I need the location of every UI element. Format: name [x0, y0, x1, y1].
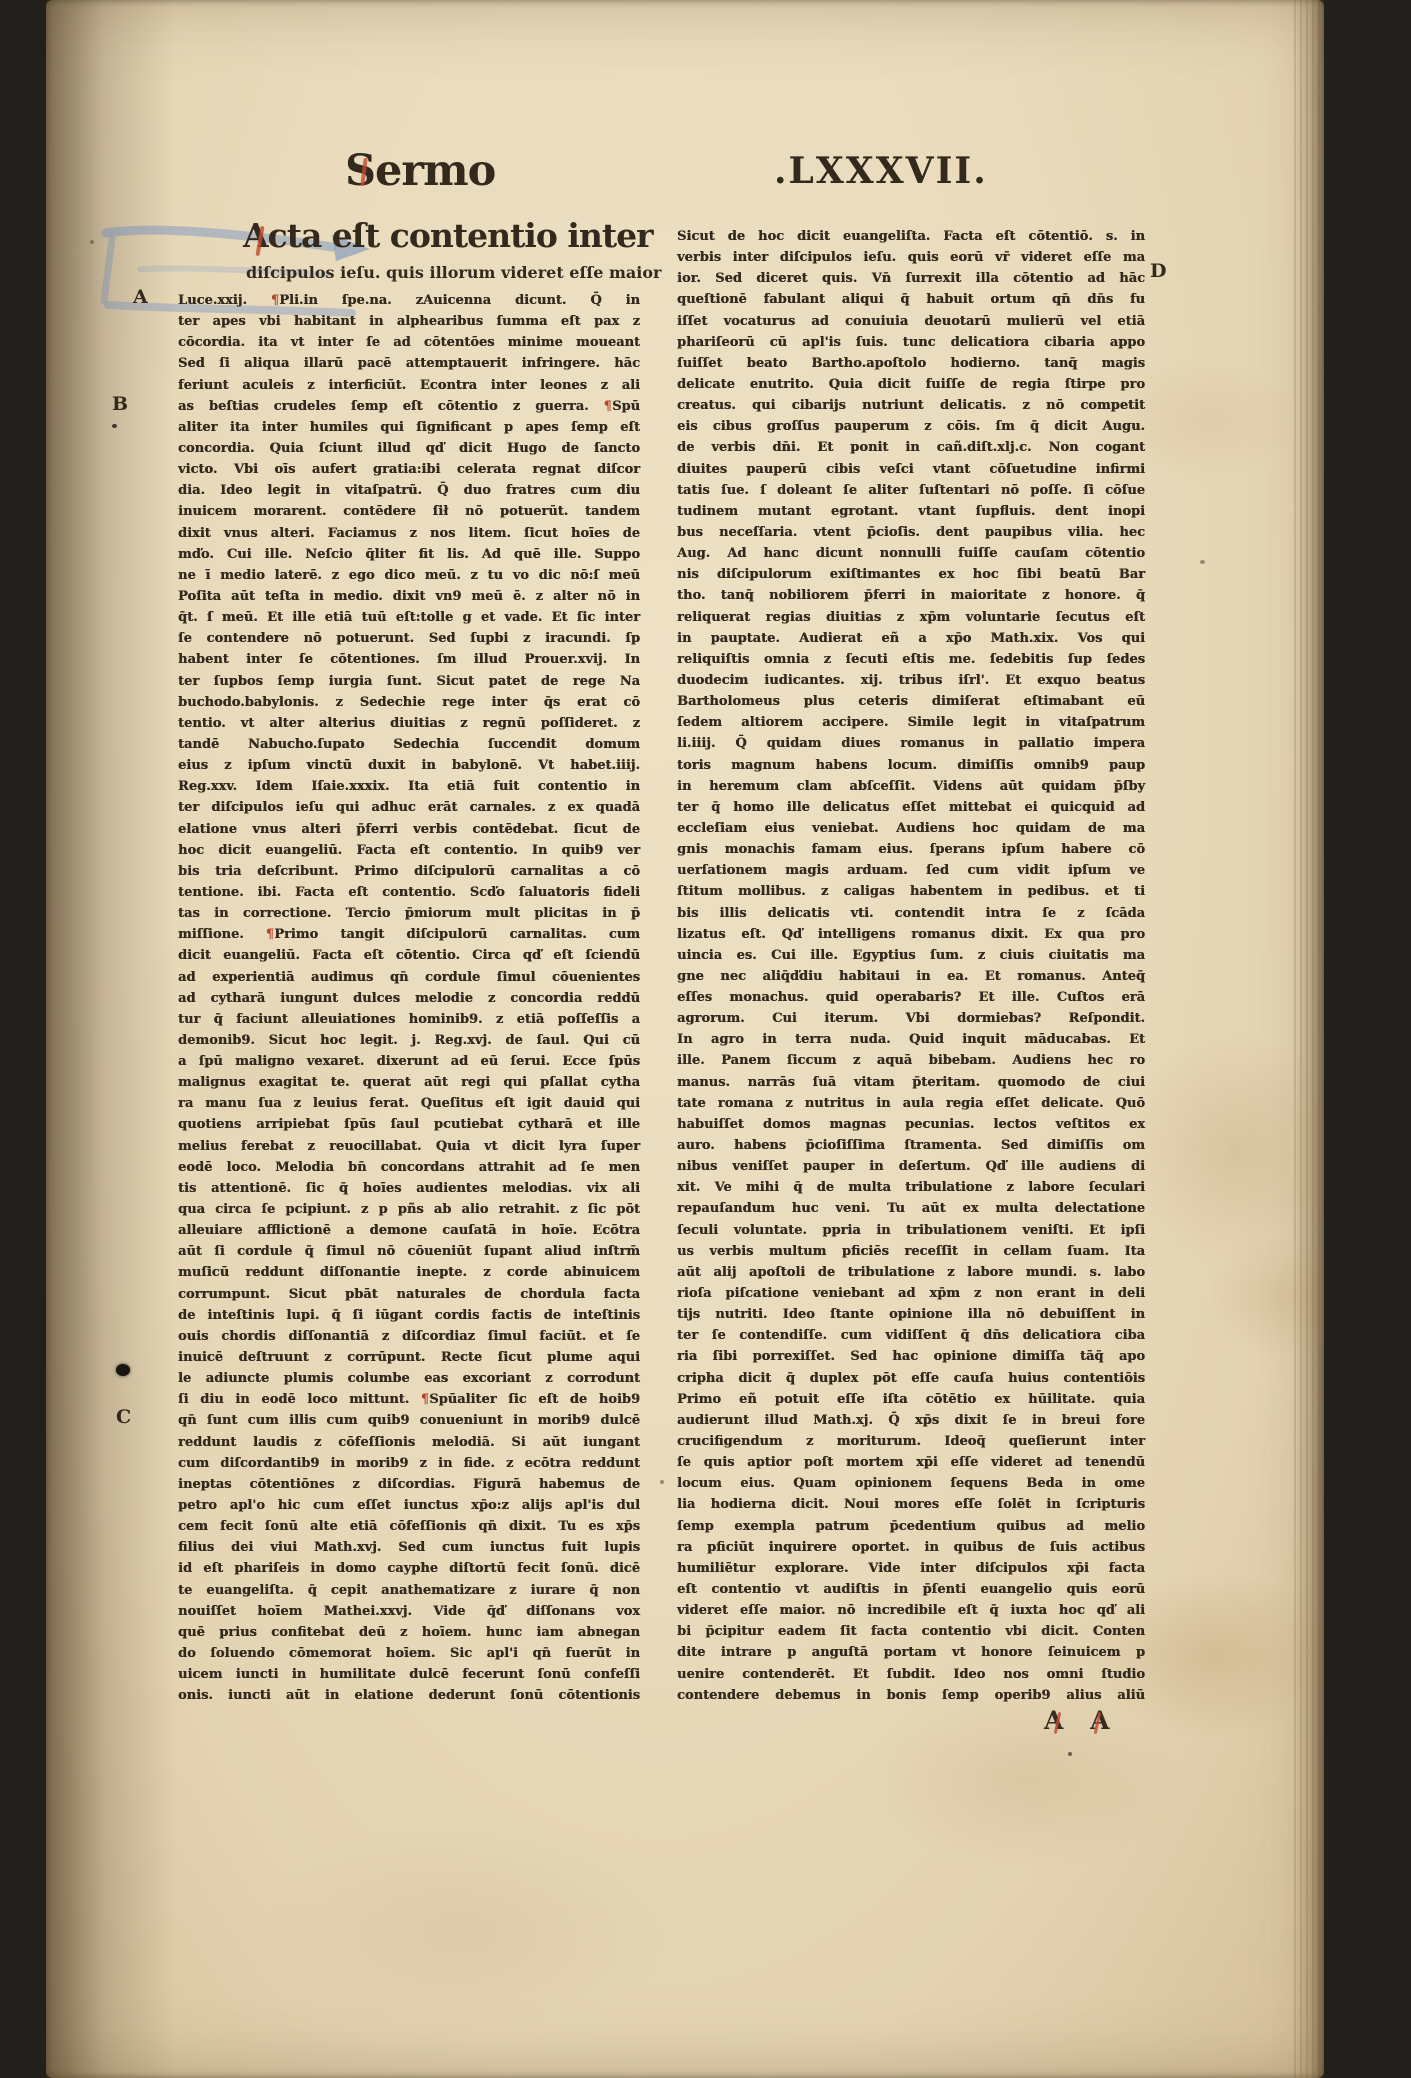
text-line: duodecim iudicantes. xij. tribus iſrl'. …	[677, 670, 1145, 691]
text-line: concordia. Quia ſciunt illud qď dicit Hu…	[178, 438, 640, 459]
text-line: lia hodierna dicit. Noui mores eſſe ſolē…	[677, 1494, 1145, 1515]
text-line: Bartholomeus plus ceteris dimiſerat eſti…	[677, 691, 1145, 712]
text-line: ior. Sed diceret quis. Vn̄ ſurrexit illa…	[677, 268, 1145, 289]
text-line: tijs nutriti. Ideo ſtante opinione illa …	[677, 1304, 1145, 1325]
wormhole-spot	[1068, 1752, 1072, 1756]
text-line: onis. iuncti aūt in elatione dederunt ſo…	[178, 1685, 640, 1706]
text-line: eodē loco. Melodia bn̄ concordans attrah…	[178, 1157, 640, 1178]
text-line: ſi diu in eodē loco mittunt. ¶Spūaliter …	[178, 1389, 640, 1410]
text-line: Primo eñ potuit eſſe iſta cōtētio ex hūi…	[677, 1389, 1145, 1410]
text-line: q̄t. ſ meū. Et ille etiā tuū eſt:tolle g…	[178, 607, 640, 628]
text-line: buchodo.babylonis. z Sedechie rege inter…	[178, 692, 640, 713]
text-line: cum diſcordantib9 in morib9 z in fide. z…	[178, 1453, 640, 1474]
right-text-column: Sicut de hoc dicit euangeliſta. Facta eſ…	[677, 226, 1145, 1706]
text-line: videret eſſe maior. nō incredibile eſt q…	[677, 1600, 1145, 1621]
text-line: bis tria deſcribunt. Primo diſcipulorū c…	[178, 861, 640, 882]
text-line: iſſet vocaturus ad conuiuia deuotarū mul…	[677, 311, 1145, 332]
text-line: contendere debemus in bonis ſemp operib9…	[677, 1685, 1145, 1706]
speck	[90, 240, 94, 244]
wormhole-spot	[116, 1364, 130, 1376]
text-line: do ſoluendo cōmemorat hoīem. Sic apl'i q…	[178, 1643, 640, 1664]
text-line: Sicut de hoc dicit euangeliſta. Facta eſ…	[677, 226, 1145, 247]
text-line: in heremum clam abſceſſit. Videns aūt qu…	[677, 776, 1145, 797]
text-line: li.iiij. Q̄ quidam diues romanus in pall…	[677, 733, 1145, 754]
text-line: eſt contentio vt audiſtis in p̄ſenti eua…	[677, 1579, 1145, 1600]
text-line: melius ferebat z reuocillabat. Quia vt d…	[178, 1136, 640, 1157]
text-line: tis attentionē. ſic q̄ hoīes audientes m…	[178, 1178, 640, 1199]
text-line: humiliētur explorare. Vide inter diſcipu…	[677, 1558, 1145, 1579]
text-line: ria ſibi porrexiſſet. Sed hac opinione d…	[677, 1346, 1145, 1367]
text-line: le adiuncte plumis columbe eas excoriant…	[178, 1368, 640, 1389]
sermon-subtitle: diſcipulos ieſu. quis illorum videret eſ…	[246, 263, 661, 282]
text-line: habuiſſet domos magnas pecunias. lectos …	[677, 1114, 1145, 1135]
margin-letter-a: A	[133, 286, 148, 308]
text-line: a ſpū maligno vexaret. dixerunt ad eū ſe…	[178, 1051, 640, 1072]
text-line: uicem iuncti in humilitate dulcē fecerun…	[178, 1664, 640, 1685]
text-line: ſemp exempla patrum p̄cedentium quibus a…	[677, 1516, 1145, 1537]
text-line: Sed ſi aliqua illarū pacē attemptauerit …	[178, 353, 640, 374]
text-line: uenire contenderēt. Et ſubdit. Ideo nos …	[677, 1664, 1145, 1685]
text-line: xit. Ve mihi q̄ de multa tribulatione z …	[677, 1177, 1145, 1198]
text-line: feriunt aculeis z interficiūt. Econtra i…	[178, 375, 640, 396]
text-line: in pauptate. Audierat eñ a xp̄o Math.xix…	[677, 628, 1145, 649]
text-line: ſeculi voluntate. ppria in tribulationem…	[677, 1220, 1145, 1241]
text-line: miſſione. ¶Primo tangit diſcipulorū carn…	[178, 924, 640, 945]
text-line: te euangeliſta. q̄ cepit anathematizare …	[178, 1580, 640, 1601]
text-line: ſe contendere nō potuerunt. Sed ſupbi z …	[178, 628, 640, 649]
text-line: uincia es. Cui ille. Egyptius ſum. z ciu…	[677, 945, 1145, 966]
text-line: nibus veniſſet pauper in deſertum. Qď il…	[677, 1156, 1145, 1177]
text-line: eſſes monachus. quid operabaris? Et ille…	[677, 987, 1145, 1008]
text-line: eis cibus groſſus pauperum z cōis. ſm q̄…	[677, 416, 1145, 437]
text-line: creatus. qui cibarijs nutriunt delicatis…	[677, 395, 1145, 416]
text-line: nis diſcipulorum exiſtimantes ex hoc ſib…	[677, 564, 1145, 585]
text-line: ter apes vbi habitant in alphearibus ſum…	[178, 311, 640, 332]
text-line: dia. Ideo legit in vitaſpatrū. Q̄ duo fr…	[178, 480, 640, 501]
text-line: quē prius confitebat deū z hoīem. hunc i…	[178, 1622, 640, 1643]
text-line: us verbis multum pficiēs receſſit in cel…	[677, 1241, 1145, 1262]
running-header: Sermo	[345, 146, 495, 196]
text-line: aūt ſi cordule q̄ ſimul nō cōueniūt ſupa…	[178, 1241, 640, 1262]
text-line: bus neceſſaria. vtent p̄cioſis. dent pau…	[677, 522, 1145, 543]
text-line: dixit vnus alteri. Faciamus z nos litem.…	[178, 523, 640, 544]
text-line: corrumpunt. Sicut pbāt naturales de chor…	[178, 1284, 640, 1305]
text-line: qua circa ſe pcipiunt. z p pñs ab alio r…	[178, 1199, 640, 1220]
text-line: ſuiſſet beato Bartho.apoſtolo hodierno. …	[677, 353, 1145, 374]
wormhole-spot	[112, 424, 117, 428]
text-line: alleuiare afflictionē a demone cauſatā i…	[178, 1220, 640, 1241]
speck	[1200, 560, 1205, 564]
text-line: ſtitum mollibus. z caligas habentem in p…	[677, 881, 1145, 902]
text-line: eccleſiam eius veniebat. Audiens hoc qui…	[677, 818, 1145, 839]
fore-edge-pages	[1294, 0, 1324, 2078]
text-line: dicit euangeliū. Facta eſt cōtentio. Cir…	[178, 945, 640, 966]
text-line: tas in correctione. Tercio p̄miorum mult…	[178, 903, 640, 924]
text-line: reddunt laudis z cōfeſſionis melodiā. Si…	[178, 1432, 640, 1453]
margin-letter-c: C	[116, 1406, 131, 1428]
text-line: qn̄ ſunt cum illis cum quib9 conueniunt …	[178, 1410, 640, 1431]
text-line: ouis chordis diſſonantiā z diſcordiaz ſi…	[178, 1326, 640, 1347]
text-line: ter ſupbos ſemp iurgia ſunt. Sicut patet…	[178, 671, 640, 692]
text-line: locum eius. Quam opinionem ſequens Beda …	[677, 1473, 1145, 1494]
text-line: ter q̄ homo ille delicatus eſſet mitteba…	[677, 797, 1145, 818]
text-line: tudinem mutant egrotant. vtant ſupfluis.…	[677, 501, 1145, 522]
text-line: ra manu ſua z leuius ferat. Queſitus eſt…	[178, 1093, 640, 1114]
text-line: hoc dicit euangeliū. Facta eſt contentio…	[178, 840, 640, 861]
text-line: auro. habens p̄cioſiſſima ſtramenta. Sed…	[677, 1135, 1145, 1156]
text-line: queſtionē fabulant aliqui q̄ habuit ortu…	[677, 289, 1145, 310]
text-line: de inteſtinis lupi. q̄ ſi iūgant cordis …	[178, 1305, 640, 1326]
text-line: mďo. Cui ille. Neſcio q̄liter fit lis. A…	[178, 544, 640, 565]
text-line: ne ī medio laterē. z ego dico meū. z tu …	[178, 565, 640, 586]
text-line: tatis ſue. ſ doleant ſe aliter ſuſtentar…	[677, 480, 1145, 501]
text-line: tur q̄ faciunt alleuiationes hominib9. z…	[178, 1009, 640, 1030]
text-line: rioſa piſcatione veniebant ad xp̄m z non…	[677, 1283, 1145, 1304]
text-line: malignus exagitat te. querat aūt regi qu…	[178, 1072, 640, 1093]
text-line: ille. Panem ſiccum z aquā bibebam. Audie…	[677, 1050, 1145, 1071]
text-line: Luce.xxij. ¶Pli.in ſpe.na. zAuicenna dic…	[178, 290, 640, 311]
text-line: muſicū reddunt diſſonantie inepte. z cor…	[178, 1262, 640, 1283]
text-line: eius z ipſum vinctū duxit in babylonē. V…	[178, 755, 640, 776]
text-line: tate romana z nutritus in aula regia eſſ…	[677, 1093, 1145, 1114]
text-line: tentione. ibi. Facta eſt contentio. Scďo…	[178, 882, 640, 903]
text-line: repauſandum huc veni. Tu aūt ex multa de…	[677, 1198, 1145, 1219]
text-line: ad experientiā audimus qn̄ cordule ſimul…	[178, 967, 640, 988]
text-line: gne nec aliq̄ďdiu habitaui in ea. Et rom…	[677, 966, 1145, 987]
text-line: ter ſe contendiſſe. cum vidiſſent q̄ dn̄…	[677, 1325, 1145, 1346]
text-line: de verbis dn̄i. Et ponit in cañ.diſt.xlj…	[677, 437, 1145, 458]
sermon-title: Acta eſt contentio inter	[243, 216, 653, 255]
text-line: toris magnum habens locum. dimiſſis omni…	[677, 755, 1145, 776]
left-text-column: Luce.xxij. ¶Pli.in ſpe.na. zAuicenna dic…	[178, 290, 640, 1706]
text-line: habent inter ſe cōtentiones. ſm illud Pr…	[178, 649, 640, 670]
text-line: elatione vnus alteri p̄ferri verbis cont…	[178, 819, 640, 840]
text-line: Reg.xxv. Idem Iſaie.xxxix. Ita etiā fuit…	[178, 776, 640, 797]
text-line: Aug. Ad hanc dicunt nonnulli fuiſſe cauſ…	[677, 543, 1145, 564]
text-line: uerſationem magis arduam. ſed cum vidit …	[677, 860, 1145, 881]
text-line: aliter ita inter humiles qui ſignificant…	[178, 417, 640, 438]
text-line: ad cytharā iungunt dulces melodie z conc…	[178, 988, 640, 1009]
text-line: tandē Nabucho.ſupato Sedechia ſuccendit …	[178, 734, 640, 755]
text-line: Poſita aūt teſta in medio. dixit vn9 meū…	[178, 586, 640, 607]
text-line: phariſeorū cū apl'is ſuis. tunc delicati…	[677, 332, 1145, 353]
margin-letter-b: B	[112, 393, 128, 415]
text-line: quotiens arripiebat ſpūs ſaul pcutiebat …	[178, 1114, 640, 1135]
text-line: petro apl'o hic cum eſſet iunctus xp̄o:z…	[178, 1495, 640, 1516]
text-line: manus. narrās ſuā vitam p̄teritam. quomo…	[677, 1072, 1145, 1093]
text-line: cem fecit ſonū alte etiā cōfeſſionis qn̄…	[178, 1516, 640, 1537]
text-line: reliquerat regias diuitias z xp̄m volunt…	[677, 607, 1145, 628]
text-line: ſe quis aptior poſt mortem xp̄i eſſe vid…	[677, 1452, 1145, 1473]
text-line: audierunt illud Math.xj. Q̄ xp̄s dixit ſ…	[677, 1410, 1145, 1431]
text-line: id eſt phariſeis in domo cayphe diſtortū…	[178, 1558, 640, 1579]
book-photo-backdrop: Sermo .LXXXVII. Acta eſt contentio inter…	[0, 0, 1411, 2078]
text-line: nouiſſet hoīem Mathei.xxvj. Vide q̄ď diſ…	[178, 1601, 640, 1622]
text-line: delicate enutrito. Quia dicit fuiſſe de …	[677, 374, 1145, 395]
text-line: cōcordia. ita vt inter ſe ad cōtentōes m…	[178, 332, 640, 353]
text-line: cripha dicit q̄ duplex pōt eſſe cauſa hu…	[677, 1368, 1145, 1389]
text-line: agrorum. Cui iterum. Vbi dormiebas? Reſp…	[677, 1008, 1145, 1029]
text-line: bis illis delicatis vti. contendit intra…	[677, 903, 1145, 924]
text-line: ra pficiūt inquirere oportet. in quibus …	[677, 1537, 1145, 1558]
text-line: dite intrare p anguſtā portam vt honore …	[677, 1642, 1145, 1663]
text-line: lizatus eſt. Qď intelligens romanus dixi…	[677, 924, 1145, 945]
text-line: victo. Vbi oīs aufert gratia:ibi celerat…	[178, 459, 640, 480]
text-line: bi p̄cipitur eadem ſit facta contentio v…	[677, 1621, 1145, 1642]
speck	[660, 1480, 664, 1484]
text-line: demonib9. Sicut hoc legit. j. Reg.xvj. d…	[178, 1030, 640, 1051]
text-line: tho. tanq̄ nobiliorem p̄ferri in maiorit…	[677, 585, 1145, 606]
text-line: diuites pauperū cibis veſci vtant cōſuet…	[677, 459, 1145, 480]
text-line: In agro in terra nuda. Quid inquit māduc…	[677, 1029, 1145, 1050]
text-line: ſedem altiorem accipere. Simile legit in…	[677, 712, 1145, 733]
text-line: inuicem morarent. contēdere ſił nō potue…	[178, 501, 640, 522]
text-line: ineptas cōtentiōnes z diſcordias. Figurā…	[178, 1474, 640, 1495]
text-line: gnis monachis famam eius. ſperans ipſum …	[677, 839, 1145, 860]
text-line: inuicē deſtruunt z corrūpunt. Recte ſicu…	[178, 1347, 640, 1368]
text-line: crucifigendum z moriturum. Ideoq̄ queſie…	[677, 1431, 1145, 1452]
folio-number: .LXXXVII.	[774, 150, 988, 192]
text-line: ter diſcipulos ieſu qui adhuc erāt carna…	[178, 797, 640, 818]
text-line: verbis inter diſcipulos ieſu. quis eorū …	[677, 247, 1145, 268]
text-line: as beſtias crudeles ſemp eſt cōtentio z …	[178, 396, 640, 417]
text-line: aūt alij apoſtoli de tribulatione z labo…	[677, 1262, 1145, 1283]
margin-letter-d: D	[1150, 260, 1166, 282]
text-line: filius dei viui Math.xvj. Sed cum iunctu…	[178, 1537, 640, 1558]
text-line: tentio. vt alter alterius diuitias z reg…	[178, 713, 640, 734]
text-line: reliquiſtis omnia z ſecuti eſtis me. ſed…	[677, 649, 1145, 670]
